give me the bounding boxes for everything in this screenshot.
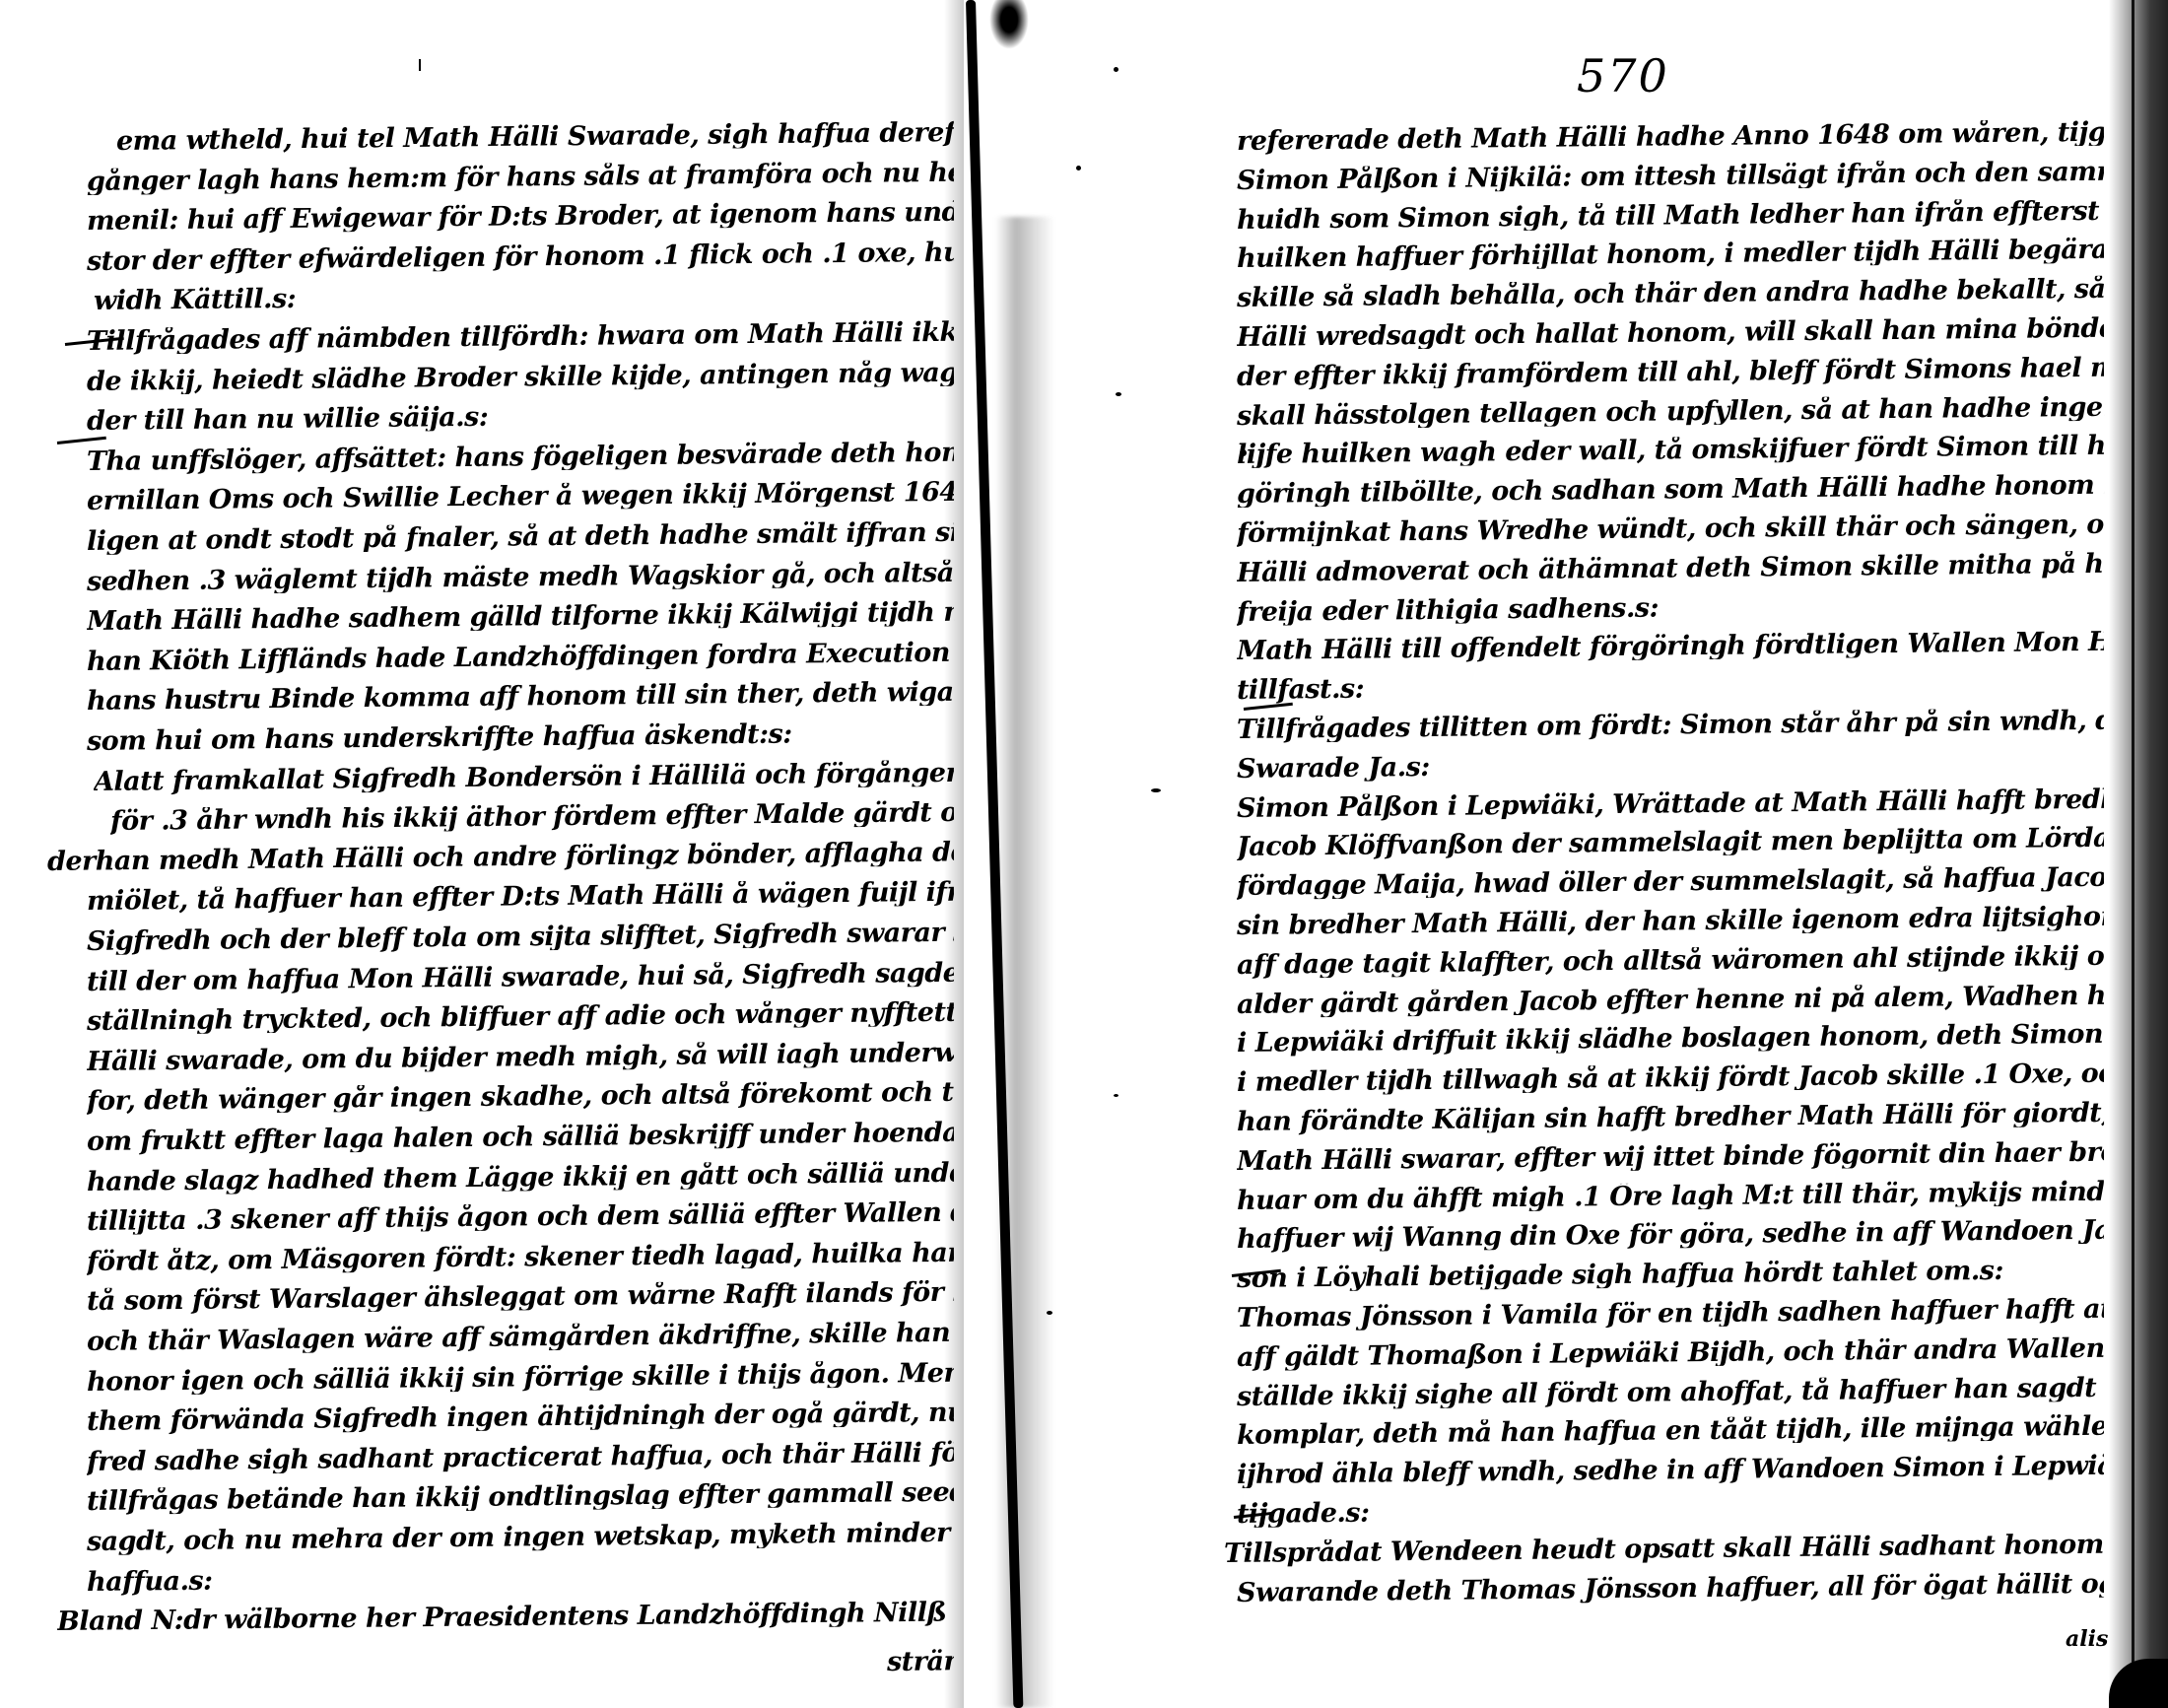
page-edge-line (2132, 0, 2134, 1708)
manuscript-line: han Kiöth Liffländs hade Landzhöffdingen… (87, 640, 954, 675)
manuscript-line: aff gäldt Thomaßon i Lepwiäki Bijdh, och… (1237, 1335, 2104, 1371)
manuscript-line: Sigfredh och der bleff tola om sijta sli… (87, 920, 954, 955)
left-page: ema wtheld, hui tel Math Hälli Swarade, … (0, 0, 1005, 1708)
page-edge-shadow (2109, 0, 2168, 1708)
manuscript-line: och thär Waslagen wäre aff sämgården äkd… (87, 1320, 954, 1355)
manuscript-line: lijfe huilken wagh eder wall, tå omskijf… (1237, 433, 2104, 468)
manuscript-line: Tillsprådat Wendeen heudt opsatt skall H… (1224, 1531, 2104, 1566)
manuscript-line: ställde ikkij sighe all fördt om ahoffat… (1237, 1374, 2104, 1409)
manuscript-line: sin bredher Math Hälli, der han skille i… (1237, 904, 2104, 939)
manuscript-line: Jacob Klöffvanßon der sammelslagit men b… (1237, 825, 2104, 860)
manuscript-line: Math Hälli swarar, effter wij ittet bind… (1237, 1139, 2104, 1175)
manuscript-line: Thomas Jönsson i Vamila för en tijdh sad… (1237, 1296, 2104, 1332)
manuscript-line: Tillfrågades aff nämbden tillfördh: hwar… (87, 319, 954, 355)
manuscript-line: ema wtheld, hui tel Math Hälli Swarade, … (116, 119, 954, 155)
manuscript-line: miölet, tå haffuer han effter D:ts Math … (87, 879, 954, 915)
manuscript-line: för .3 åhr wndh his ikkij äthor fördem e… (110, 799, 954, 835)
manuscript-line: ställningh tryckted, och bliffuer aff ad… (87, 999, 954, 1035)
manuscript-line: freija eder lithigia sadhens.s: (1237, 589, 2104, 625)
manuscript-line: Simon Pålßon i Nijkilä: om ittesh tillsä… (1237, 159, 2104, 194)
manuscript-line: refererade deth Math Hälli hadhe Anno 16… (1237, 119, 2104, 155)
manuscript-line: tillijtta .3 skener aff thijs ågon och d… (87, 1199, 954, 1235)
manuscript-line: Swarade Ja.s: (1237, 747, 2104, 783)
manuscript-line: om fruktt effter laga halen och sälliä b… (87, 1120, 954, 1155)
manuscript-line: Math Hälli hadhe sadhem gälld tilforne i… (87, 599, 954, 635)
manuscript-line: widh Kättill.s: (94, 279, 954, 314)
manuscript-line: fördagge Maija, hwad öller der summelsla… (1237, 864, 2104, 900)
manuscript-line: menil: hui aff Ewigewar för D:ts Broder,… (87, 199, 954, 235)
manuscript-line: som hui om hans underskriffte haffua äsk… (87, 719, 954, 755)
manuscript-line: for, deth wänger går ingen skadhe, och a… (87, 1079, 954, 1115)
ink-speck (1114, 1094, 1118, 1097)
manuscript-line: förmijnkat hans Wredhe wündt, och skill … (1237, 512, 2104, 547)
manuscript-line: derhan medh Math Hälli och andre förling… (47, 839, 954, 875)
manuscript-line: Alatt framkallat Sigfredh Bondersön i Hä… (94, 759, 954, 794)
manuscript-line: Swarande deth Thomas Jönsson haffuer, al… (1237, 1570, 2104, 1606)
manuscript-line: haffuer wij Wanng din Oxe för göra, sedh… (1237, 1217, 2104, 1253)
manuscript-line: han förändte Kälijan sin hafft bredher M… (1237, 1100, 2104, 1135)
manuscript-line: aff dage tagit klaffter, och alltså wäro… (1237, 943, 2104, 979)
ink-speck (1116, 392, 1121, 396)
manuscript-line: Hälli admoverat och äthämnat deth Simon … (1237, 551, 2104, 586)
manuscript-line: ijhrod ähla bleff wndh, sedhe in aff Wan… (1237, 1453, 2104, 1488)
manuscript-spread: ema wtheld, hui tel Math Hälli Swarade, … (0, 0, 2168, 1708)
ink-speck (1151, 788, 1161, 792)
manuscript-line: i medler tijdh tillwagh så at ikkij förd… (1237, 1060, 2104, 1096)
ink-speck (1047, 1311, 1052, 1315)
manuscript-line: komplar, deth må han haffua en tååt tijd… (1237, 1413, 2104, 1449)
manuscript-line: tå som först Warslager ähsleggat om wårn… (87, 1279, 954, 1315)
manuscript-line: sagdt, och nu mehra der om ingen wetskap… (87, 1520, 954, 1555)
margin-note: alis (2066, 1626, 2108, 1652)
manuscript-line: der effter ikkij framfördem till ahl, bl… (1237, 355, 2104, 390)
manuscript-line: Hälli swarade, om du bijder medh migh, s… (87, 1040, 954, 1075)
manuscript-line: skall hässtolgen tellagen och upfyllen, … (1237, 393, 2104, 429)
page-number: 570 (1577, 49, 1669, 102)
manuscript-line: fred sadhe sigh sadhant practicerat haff… (87, 1440, 954, 1475)
manuscript-line: till der om haffua Mon Hälli swarade, hu… (87, 959, 954, 994)
manuscript-line: tijgade.s: (1237, 1492, 2104, 1528)
manuscript-line: Tillfrågades tillitten om fördt: Simon s… (1237, 708, 2104, 743)
manuscript-line: huar om du ähfft migh .1 Öre lagh M:t ti… (1237, 1178, 2104, 1213)
manuscript-line: huilken haffuer förhijllat honom, i medl… (1237, 237, 2104, 272)
manuscript-line: Hälli wredsagdt och hallat honom, will s… (1237, 315, 2104, 351)
manuscript-line: fördt åtz, om Mäsgoren fördt: skener tie… (87, 1240, 954, 1275)
right-page: refererade deth Math Hälli hadhe Anno 16… (1015, 0, 2168, 1708)
manuscript-line: hans hustru Binde komma aff honom till s… (87, 679, 954, 715)
manuscript-line: göringh tilböllte, och sadhan som Math H… (1237, 472, 2104, 508)
manuscript-line: honor igen och sälliä ikkij sin förrige … (87, 1359, 954, 1395)
manuscript-line: Tha unffslöger, affsättet: hans fögelige… (87, 440, 954, 475)
ink-speck (1114, 67, 1118, 72)
manuscript-line: son i Löyhali betijgade sigh haffua hörd… (1237, 1257, 2104, 1292)
manuscript-line: haffua.s: (87, 1559, 954, 1595)
manuscript-line: Math Hälli till offendelt förgöringh för… (1237, 629, 2104, 664)
manuscript-line: Simon Pålßon i Lepwiäki, Wrättade at Mat… (1237, 786, 2104, 821)
manuscript-line: de ikkij, heiedt slädhe Broder skille ki… (87, 359, 954, 394)
manuscript-line: der till han nu willie säija.s: (87, 399, 954, 435)
ink-speck (1076, 166, 1081, 171)
ink-mark (419, 59, 421, 71)
manuscript-line: huidh som Simon sigh, tå till Math ledhe… (1237, 197, 2104, 233)
manuscript-line: alder gärdt gården Jacob effter henne ni… (1237, 982, 2104, 1017)
manuscript-line: tillfrågas betände han ikkij ondtlingsla… (87, 1479, 954, 1515)
manuscript-line: ernillan Oms och Swillie Lecher å wegen … (87, 479, 954, 514)
manuscript-line: i Lepwiäki driffuit ikkij slädhe boslage… (1237, 1021, 2104, 1057)
margin-dot (1240, 449, 1247, 456)
manuscript-line: stor der effter efwärdeligen för honom .… (87, 239, 954, 275)
manuscript-line: gånger lagh hans hem:m för hans såls at … (87, 159, 954, 194)
manuscript-line: them förwända Sigfredh ingen ähtijdningh… (87, 1400, 954, 1435)
manuscript-line: Bland N:dr wälborne her Praesidentens La… (57, 1600, 954, 1636)
manuscript-line: skille så sladh behålla, och thär den an… (1237, 276, 2104, 311)
manuscript-line: ligen at ondt stodt på fnaler, så at det… (87, 519, 954, 555)
manuscript-line: hande slagz hadhed them Lägge ikkij en g… (87, 1159, 954, 1195)
manuscript-line: tillfast.s: (1237, 668, 2104, 704)
manuscript-line: sedhen .3 wäglemt tijdh mäste medh Wagsk… (87, 559, 954, 594)
